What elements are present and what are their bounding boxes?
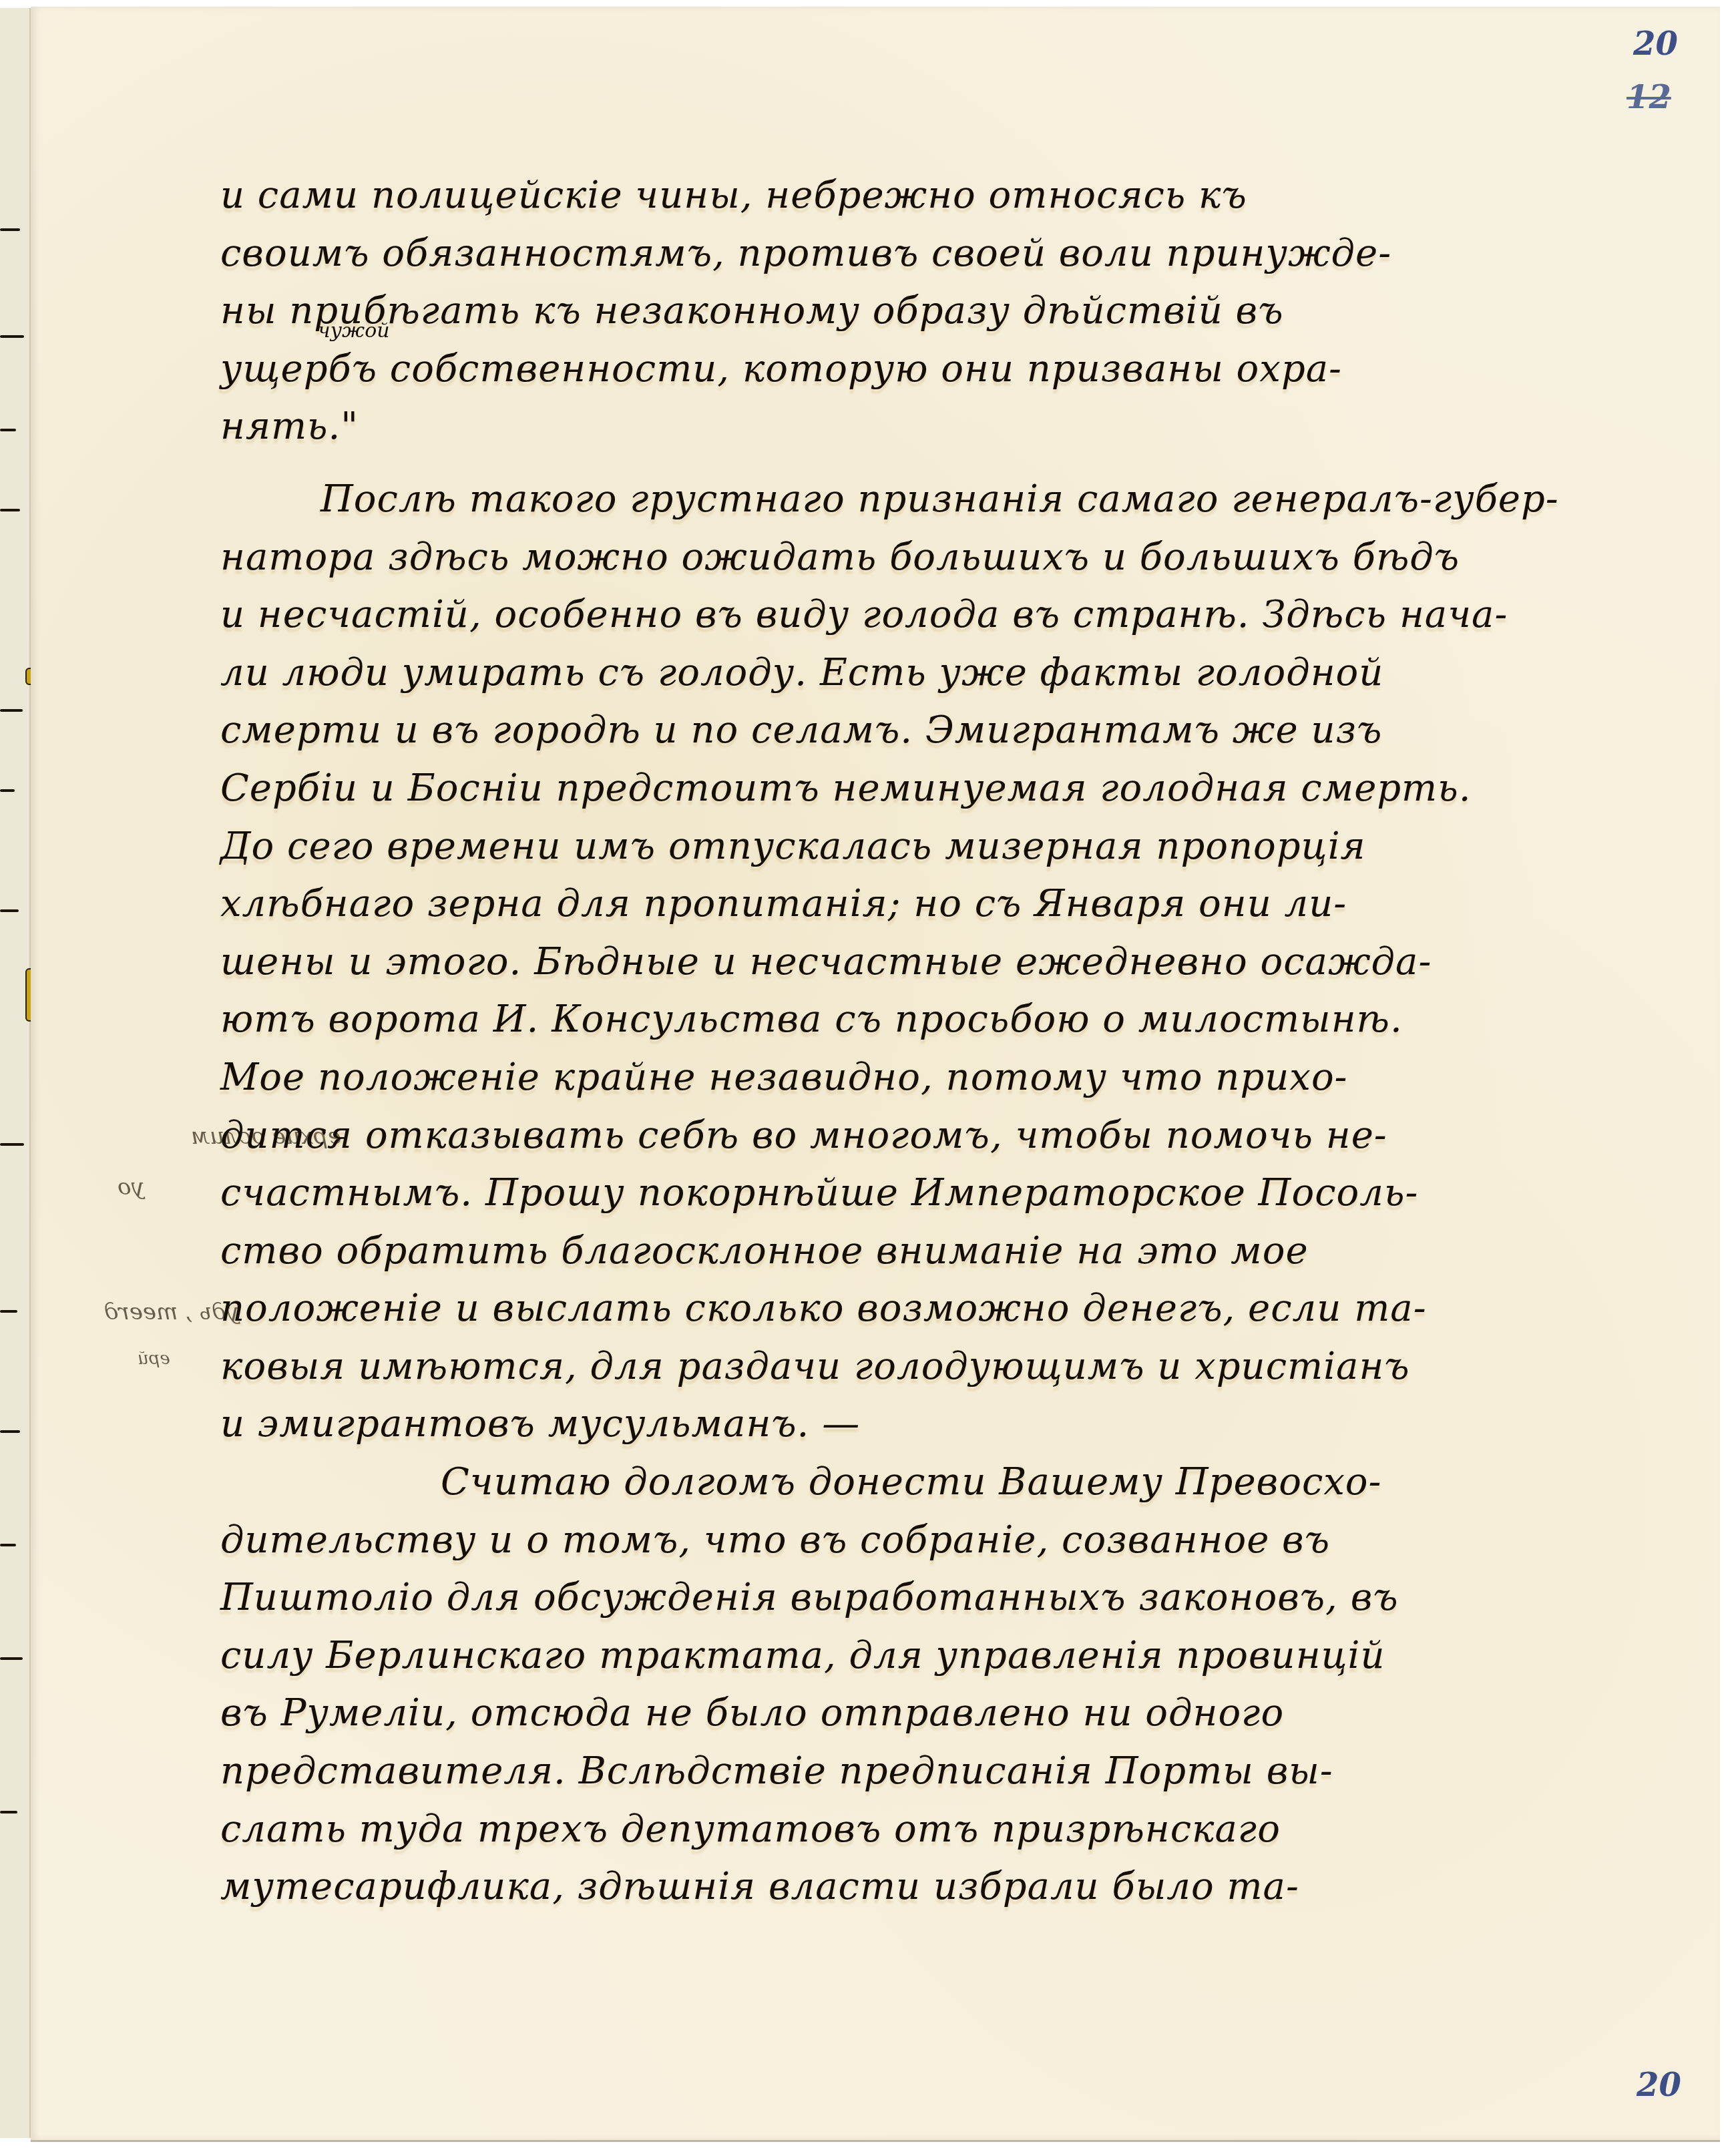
facing-page-ink [0,709,23,712]
text-line: и сами полицейскіе чины, небрежно относя… [220,167,1729,225]
text-line: Мое положеніе крайне незавидно, потому ч… [220,1049,1729,1107]
text-line: счастнымъ. Прошу покорнѣйше Императорско… [220,1164,1729,1223]
text-line: и эмигрантовъ мусульманъ. — [220,1395,1729,1454]
facing-page-ink [0,429,16,431]
text-line: шены и этого. Бѣдные и несчастные ежедне… [220,933,1729,992]
text-line: нять." [220,398,1729,456]
text-line: До сего времени имъ отпускалась мизерная… [220,818,1729,876]
text-line: и несчастій, особенно въ виду голода въ … [220,586,1729,644]
facing-page-ink [0,335,24,338]
text-line: представителя. Вслѣдствіе предписанія По… [220,1743,1729,1801]
text-line: своимъ обязанностямъ, противъ своей воли… [220,225,1729,283]
facing-page-ink [0,909,19,912]
paragraph-start-line: Считаю долгомъ донести Вашему Превосхо- [220,1454,1729,1512]
margin-offset-note: удь , mееrд [104,1299,240,1325]
text-line: мутесарифлика, здѣшнія власти избрали бы… [220,1858,1729,1916]
folio-number-bottom: 20 [1637,2067,1681,2104]
paragraph-start-line: Послѣ такого грустнаго признанія самаго … [220,471,1729,529]
folio-number-struck: 12 [1626,79,1671,116]
facing-page-ink [0,1657,23,1660]
text-line: смерти и въ городѣ и по селамъ. Эмигрант… [220,702,1729,760]
facing-page-ink [0,1544,16,1546]
text-line: дится отказывать себѣ во многомъ, чтобы … [220,1107,1729,1165]
text-line: натора здѣсь можно ожидать большихъ и бо… [220,529,1729,587]
folio-number-top: 20 [1633,25,1678,63]
text-line: ли люди умирать съ голоду. Есть уже факт… [220,644,1729,702]
facing-page-ink [0,1143,24,1146]
text-line: силу Берлинскаго трактата, для управлені… [220,1627,1729,1685]
text-line: ство обратить благосклонное вниманіе на … [220,1223,1729,1281]
facing-page-ink [0,1811,17,1813]
facing-page-ink [0,228,20,231]
text-line: Пиштоліо для обсужденія выработанныхъ за… [220,1569,1729,1627]
text-line: ущербъ собственности, которую они призва… [220,341,1729,399]
text-line: положеніе и выслать сколько возможно ден… [220,1280,1729,1338]
facing-page-ink [0,509,20,511]
facing-page-edge [0,8,31,2138]
text-line: Сербіи и Босніи предстоитъ неминуемая го… [220,760,1729,818]
facing-page-ink [0,1310,17,1313]
text-line: дительству и о томъ, что въ собраніе, со… [220,1512,1729,1570]
text-line: хлѣбнаго зерна для пропитанія; но съ Янв… [220,875,1729,933]
facing-page-ink [0,1430,20,1433]
margin-offset-note: уо [118,1174,144,1201]
text-line: ны прибѣгать къ незаконному образу дѣйст… [220,282,1729,341]
text-line: ютъ ворота И. Консульства съ просьбою о … [220,991,1729,1049]
text-line: въ Румеліи, отсюда не было отправлено ни… [220,1685,1729,1743]
margin-offset-note: ерй [138,1349,170,1369]
text-line: слать туда трехъ депутатовъ отъ призрѣнс… [220,1801,1729,1859]
manuscript-body: и сами полицейскіе чины, небрежно относя… [220,167,1729,1916]
facing-page-ink [0,789,15,792]
text-line: ковыя имѣются, для раздачи голодующимъ и… [220,1338,1729,1396]
